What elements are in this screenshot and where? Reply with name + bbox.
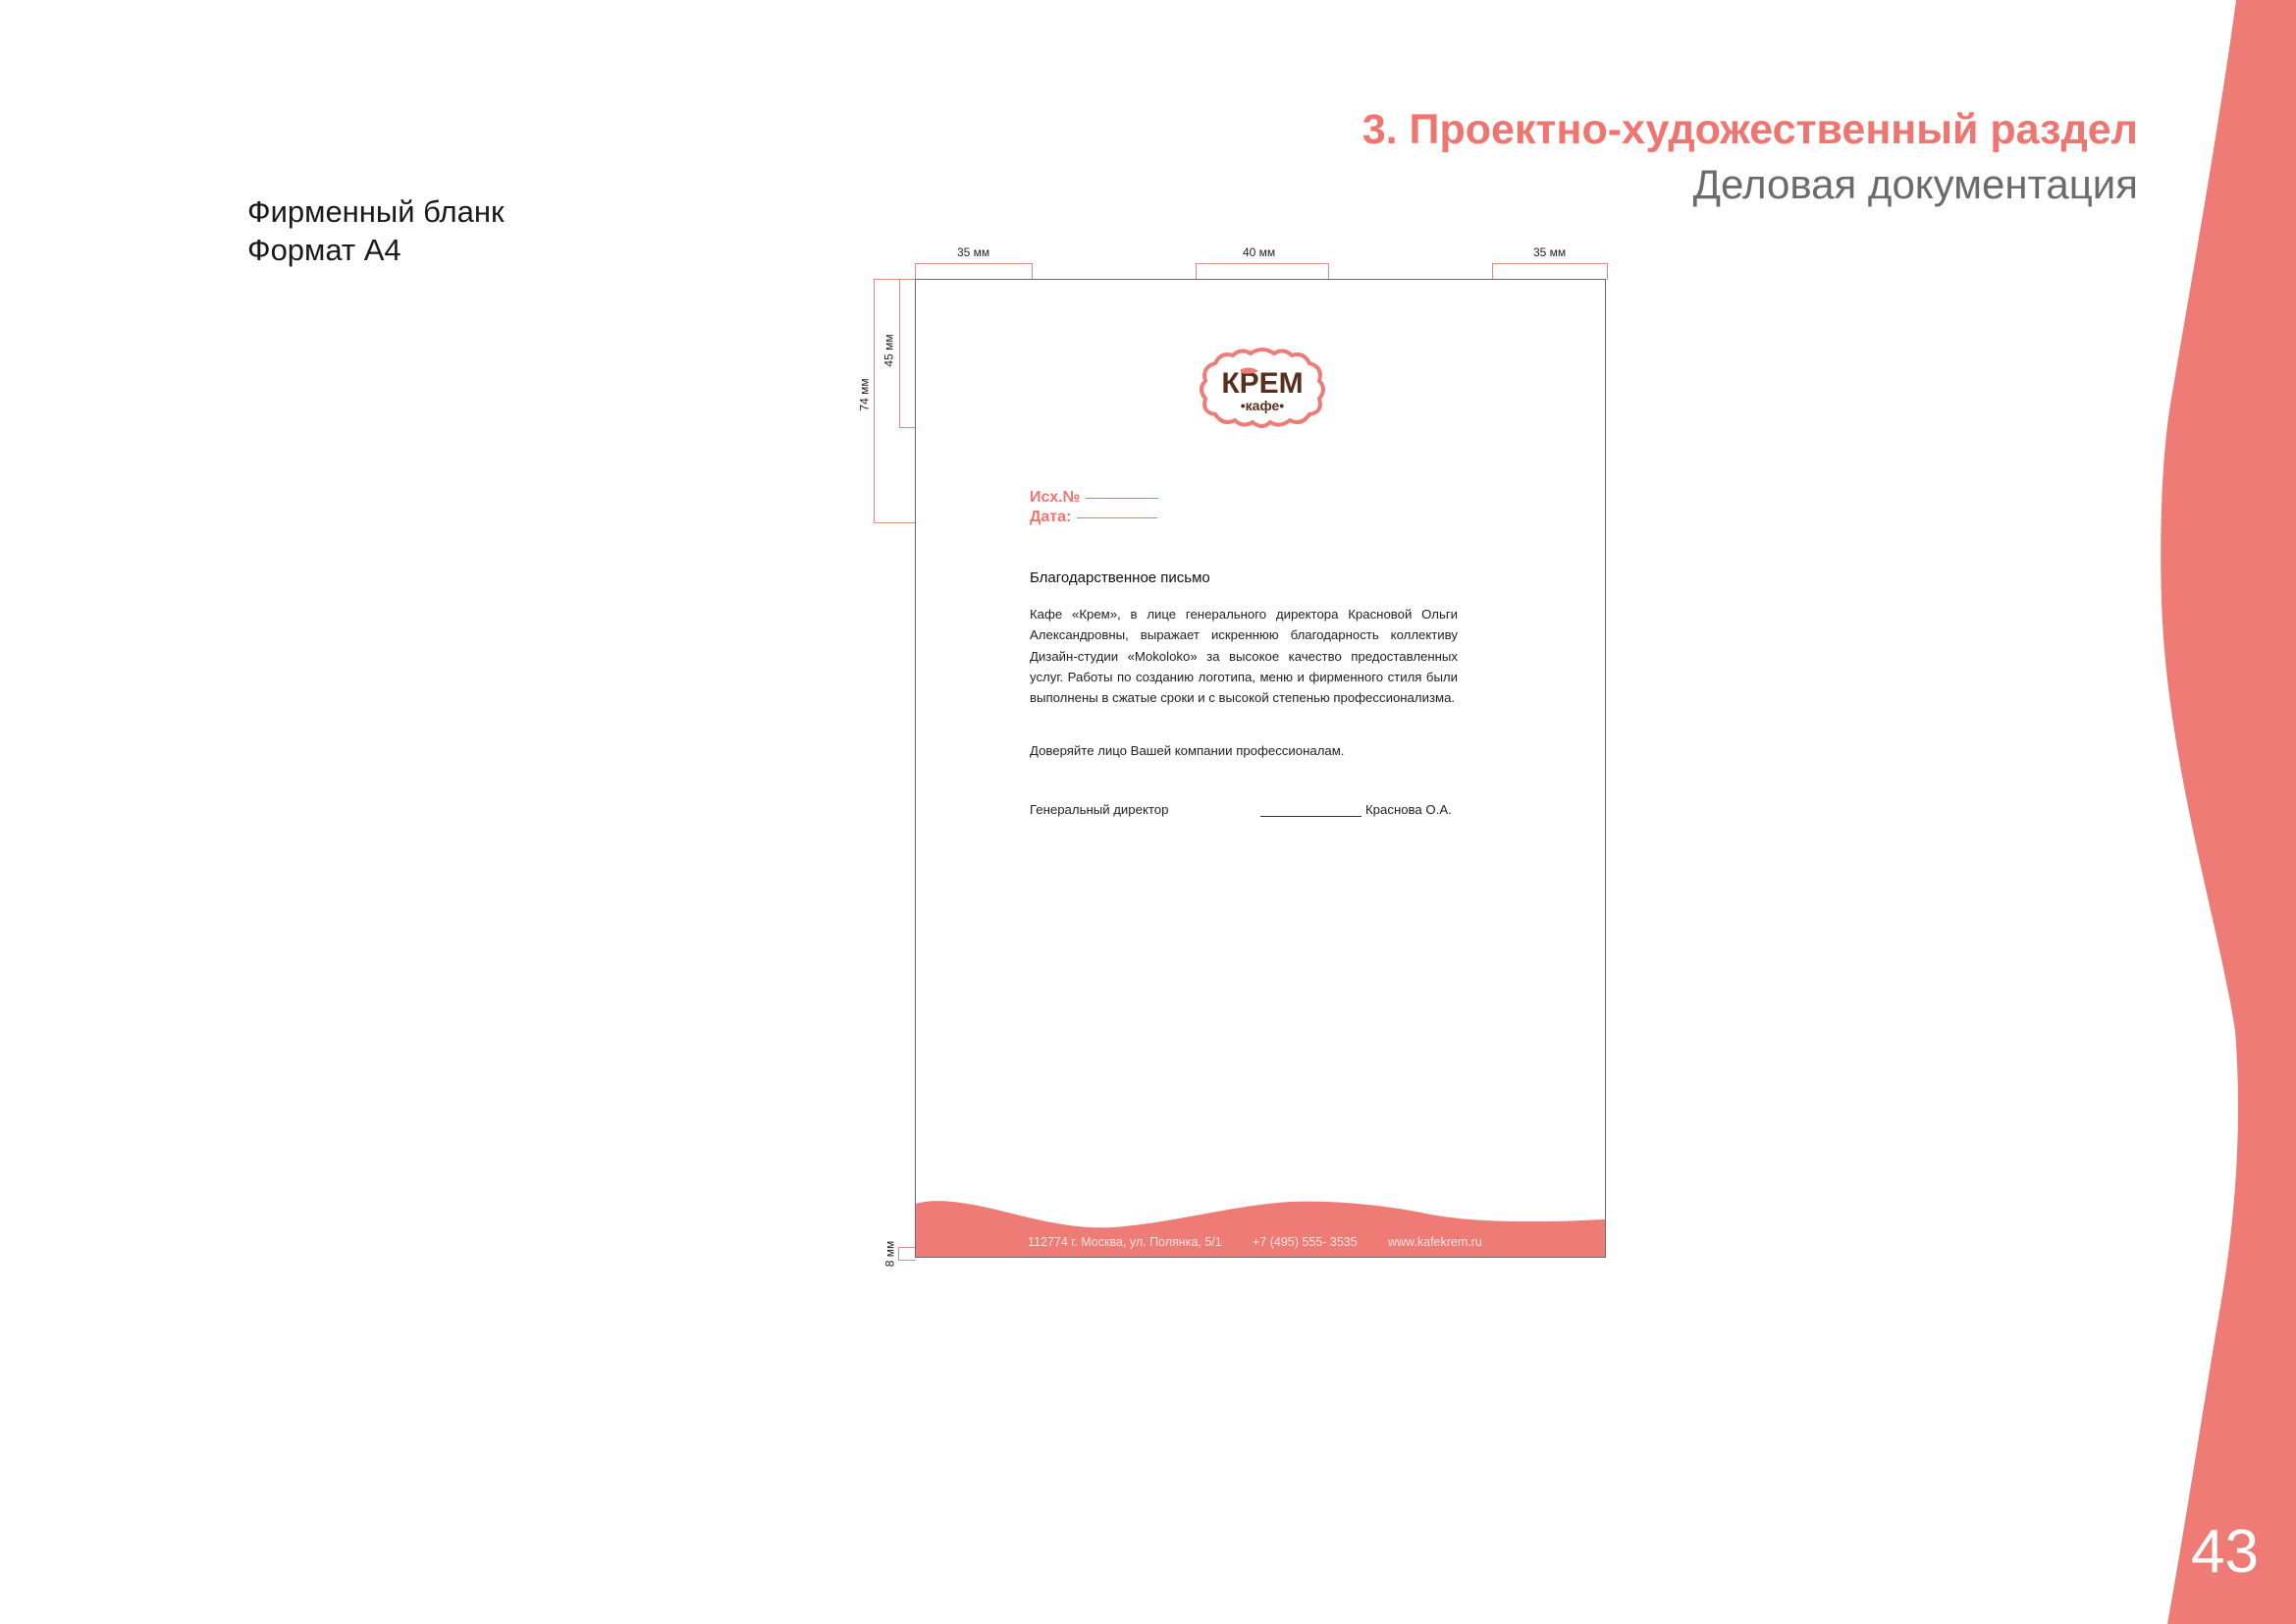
section-title: 3. Проектно-художественный раздел <box>1362 106 2138 154</box>
signatory-name: Краснова О.А. <box>1365 802 1452 817</box>
date-blank <box>1077 517 1157 518</box>
dimension-bracket-top-center <box>1196 263 1329 280</box>
dimension-bracket-bottom <box>898 1247 916 1261</box>
dimension-bracket-left-inner <box>899 279 916 428</box>
svg-text:•кафе•: •кафе• <box>1241 398 1285 413</box>
footer-address: 112774 г. Москва, ул. Полянка, 5/1 <box>1028 1235 1222 1249</box>
item-name: Фирменный бланк <box>247 194 505 230</box>
outgoing-number-blank <box>1086 498 1158 499</box>
letter-body: Кафе «Крем», в лице генерального директо… <box>1030 604 1458 708</box>
letter-closing: Доверяйте лицо Вашей компании профессион… <box>1030 743 1344 758</box>
signature-line <box>1260 816 1362 817</box>
dimension-left-outer: 74 мм <box>858 378 872 410</box>
dimension-bracket-top-left <box>915 263 1033 280</box>
outgoing-number-label: Исх.№ <box>1030 489 1080 506</box>
dimension-left-inner: 45 мм <box>882 334 896 366</box>
page-number: 43 <box>2191 1517 2259 1587</box>
svg-text:КРЕМ: КРЕМ <box>1221 367 1303 400</box>
date-label: Дата: <box>1030 509 1071 525</box>
dimension-top-center: 40 мм <box>1243 245 1275 259</box>
footer-website: www.kafekrem.ru <box>1388 1235 1482 1249</box>
krem-cafe-logo: КРЕМ •кафе• <box>1196 344 1329 430</box>
section-subtitle: Деловая документация <box>1693 161 2138 208</box>
date-field: Дата: <box>1030 509 1157 526</box>
outgoing-number-field: Исх.№ <box>1030 489 1158 507</box>
signatory-role: Генеральный директор <box>1030 802 1168 817</box>
dimension-top-right: 35 мм <box>1533 245 1566 259</box>
footer-phone: +7 (495) 555- 3535 <box>1253 1235 1358 1249</box>
item-format: Формат А4 <box>247 233 401 268</box>
dimension-top-left: 35 мм <box>957 245 989 259</box>
dimension-bottom: 8 мм <box>882 1241 896 1268</box>
letter-title: Благодарственное письмо <box>1030 569 1210 586</box>
dimension-bracket-top-right <box>1492 263 1608 280</box>
